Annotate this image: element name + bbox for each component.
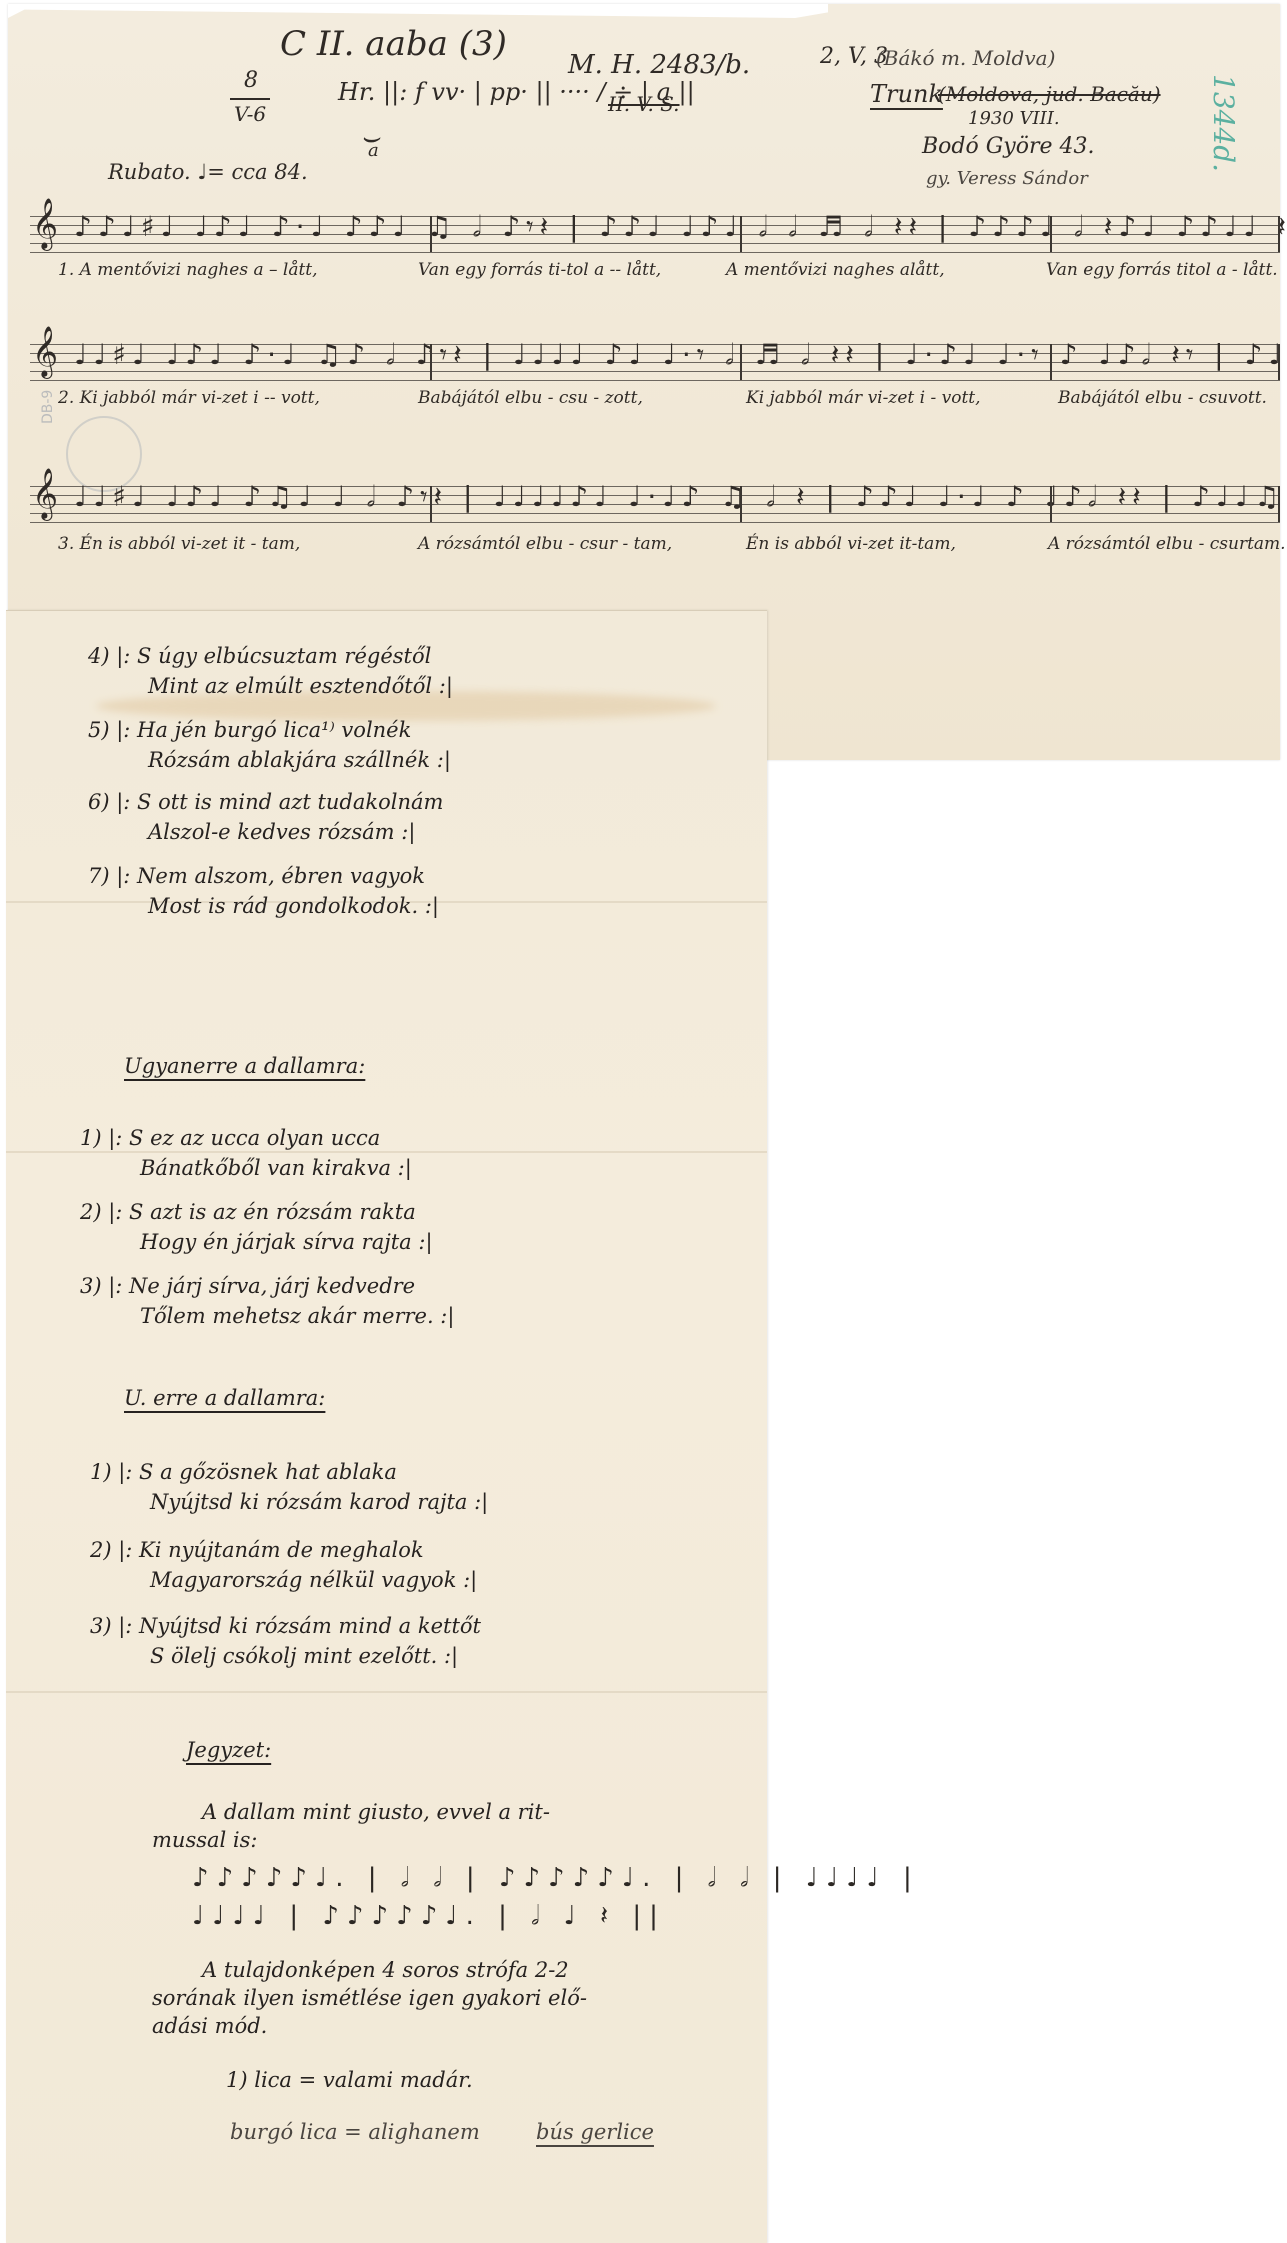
- verse-2-2: 2) |: S azt is az én rózsám rakta Hogy é…: [80, 1197, 433, 1257]
- barline: [430, 486, 432, 522]
- barline: [1278, 486, 1280, 522]
- barline: [1050, 216, 1052, 252]
- lyric-line: Babájától elbu - csuvott.: [1058, 388, 1267, 408]
- staff-2: 𝄞 ♩♩♯♩ ♩♪♩ ♪·♩ ♫♪ 𝅗𝅥 ♪𝄾𝄽 | ♩♩♩♩ ♪♩ ♩·𝄾 𝅗…: [30, 344, 1280, 388]
- barline: [430, 216, 432, 252]
- notes-heading: Jegyzet:: [186, 1735, 271, 1765]
- verse-7: 7) |: Nem alszom, ébren vagyok Most is r…: [88, 861, 439, 921]
- staff-notes: ♪♪♩♯♩ ♩♪♩ ♪·♩ ♪♪♩ ♫ 𝅗𝅥 ♪𝄾𝄽 | ♪♪♩ ♩♪♩ 𝅗𝅥 …: [74, 210, 1287, 244]
- verse-6: 6) |: S ott is mind azt tudakolnám Alszo…: [88, 787, 443, 847]
- fraction-bar: [230, 98, 270, 100]
- barline: [740, 344, 742, 380]
- performer-name: Bodó Györe 43.: [922, 134, 1095, 159]
- classification-label: C II. aaba (3): [280, 24, 507, 64]
- barline: [1278, 216, 1280, 252]
- barline: [1050, 486, 1052, 522]
- fold-line: [6, 1691, 767, 1693]
- notes-para2-line1: A tulajdonképen 4 soros strófa 2-2: [202, 1955, 569, 1985]
- fraction-bottom: V-6: [234, 102, 266, 126]
- place-name: Trunk: [870, 80, 943, 108]
- fraction-top: 8: [244, 68, 258, 93]
- verse-5: 5) |: Ha jén burgó lica¹⁾ volnék Rózsám …: [88, 715, 451, 775]
- section-heading: U. erre a dallamra:: [124, 1383, 325, 1413]
- rhythm-notation-line2: ♩♩♩♩ | ♪♪♪♪♪♩. | 𝅗𝅥 ♩ 𝄽 ||: [192, 1901, 666, 1932]
- lyric-line: A mentővizi naghes alått,: [726, 260, 945, 280]
- notes-para2-line3: adási mód.: [152, 2011, 267, 2041]
- stamp-code: DB-9: [40, 390, 56, 424]
- catalog-number: M. H. 2483/b.: [568, 50, 750, 80]
- pencil-note: burgó lica = alighanem: [230, 2117, 480, 2147]
- collection-date: 1930 VIII.: [968, 108, 1060, 129]
- formula-subscript: a: [368, 140, 379, 161]
- lyric-line: Van egy forrás ti-tol a -- lått,: [418, 260, 661, 280]
- lyric-line: 1. A mentővizi naghes a – lått,: [58, 260, 318, 280]
- section-heading: Ugyanerre a dallamra:: [124, 1051, 365, 1081]
- barline: [740, 486, 742, 522]
- verse-3-1: 1) |: S a gőzösnek hat ablaka Nyújtsd ki…: [90, 1457, 488, 1517]
- collector-name: gy. Veress Sándor: [926, 168, 1088, 189]
- barline: [740, 216, 742, 252]
- lyric-line: 2. Ki jabból már vi-zet i -- vott,: [58, 388, 320, 408]
- verse-4: 4) |: S úgy elbúcsuztam régéstől Mint az…: [88, 641, 453, 701]
- staff-3: 𝄞 ♩♩♯♩ ♩♪♩ ♪♫♩ ♩ 𝅗𝅥 ♪𝄾𝄽 | ♩♩♩♩♪♩ ♩·♩♪ ♫ …: [30, 486, 1280, 530]
- barline: [430, 344, 432, 380]
- footnote: 1) lica = valami madár.: [226, 2065, 473, 2095]
- lyric-line: A rózsámtól elbu - csurtam.: [1048, 534, 1286, 554]
- struck-code: II. V. S.: [608, 92, 680, 116]
- lyric-line: Ki jabból már vi-zet i - vott,: [746, 388, 981, 408]
- manuscript-strip-verses: 4) |: S úgy elbúcsuztam régéstől Mint az…: [6, 610, 767, 2243]
- pencil-note-underlined: bús gerlice: [536, 2117, 654, 2147]
- rhythm-notation-line1: ♪♪♪♪♪♩. | 𝅗𝅥 𝅗𝅥 | ♪♪♪♪♪♩. | 𝅗𝅥 𝅗𝅥 | ♩♩♩♩…: [192, 1863, 920, 1894]
- verse-2-3: 3) |: Ne járj sírva, járj kedvedre Tőlem…: [80, 1271, 454, 1331]
- staff-1: 𝄞 ♪♪♩♯♩ ♩♪♩ ♪·♩ ♪♪♩ ♫ 𝅗𝅥 ♪𝄾𝄽 | ♪♪♩ ♩♪♩ 𝅗…: [30, 216, 1280, 260]
- barline: [1278, 344, 1280, 380]
- lyric-line: 3. Én is abból vi-zet it - tam,: [58, 534, 300, 554]
- staff-notes: ♩♩♯♩ ♩♪♩ ♪·♩ ♫♪ 𝅗𝅥 ♪𝄾𝄽 | ♩♩♩♩ ♪♩ ♩·𝄾 𝅗𝅥 …: [74, 338, 1287, 372]
- notes-para1-line1: A dallam mint giusto, evvel a rit-: [202, 1797, 550, 1827]
- staff-notes: ♩♩♯♩ ♩♪♩ ♪♫♩ ♩ 𝅗𝅥 ♪𝄾𝄽 | ♩♩♩♩♪♩ ♩·♩♪ ♫ 𝅗𝅥…: [74, 480, 1287, 514]
- treble-clef-icon: 𝄞: [32, 472, 58, 516]
- place-correction: (Bákó m. Moldva): [876, 46, 1055, 70]
- verse-3-2: 2) |: Ki nyújtanám de meghalok Magyarors…: [90, 1535, 477, 1595]
- lyric-line: Van egy forrás titol a - lått.: [1046, 260, 1278, 280]
- tempo-marking: Rubato. ♩= cca 84.: [108, 160, 308, 184]
- verse-3-3: 3) |: Nyújtsd ki rózsám mind a kettőt S …: [90, 1611, 481, 1671]
- archive-number: 1344d.: [1207, 74, 1240, 172]
- torn-edge: [8, 4, 828, 18]
- treble-clef-icon: 𝄞: [32, 330, 58, 374]
- treble-clef-icon: 𝄞: [32, 202, 58, 246]
- notes-para2-line2: sorának ilyen ismétlése igen gyakori elő…: [152, 1983, 587, 2013]
- lyric-line: Én is abból vi-zet it-tam,: [746, 534, 956, 554]
- place-struck: (Moldova, jud. Bacău): [938, 82, 1161, 106]
- notes-para1-line2: mussal is:: [152, 1825, 257, 1855]
- verse-2-1: 1) |: S ez az ucca olyan ucca Bánatkőből…: [80, 1123, 412, 1183]
- lyric-line: A rózsámtól elbu - csur - tam,: [418, 534, 672, 554]
- lyric-line: Babájától elbu - csu - zott,: [418, 388, 643, 408]
- barline: [1050, 344, 1052, 380]
